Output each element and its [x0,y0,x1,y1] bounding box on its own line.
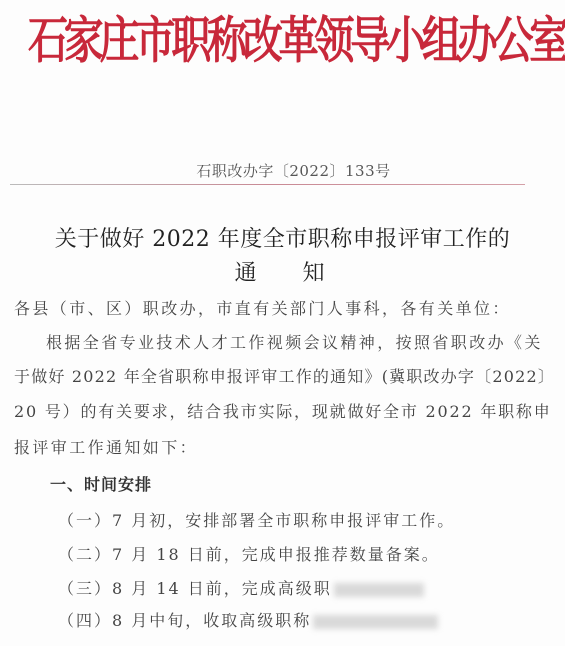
paragraph-line: 20 号）的有关要求，结合我市实际，现就做好全市 2022 年职称申 [14,399,544,422]
issuing-organization-header: 石家庄市职称改革领导小组办公室文件 [28,0,528,85]
document-title-notice: 通知 [0,256,565,287]
redacted-text-block [313,615,438,629]
schedule-item-text: （四）8 月中旬，收取高级职称 [58,611,311,630]
schedule-item: （四）8 月中旬，收取高级职称 [58,608,438,631]
schedule-item: （一）7 月初，安排部署全市职称申报评审工作。 [58,508,455,531]
schedule-item: （三）8 月 14 日前，完成高级职 [58,576,424,599]
header-divider-line [10,184,525,185]
document-title: 关于做好 2022 年度全市职称申报评审工作的 [0,222,565,253]
schedule-item-text: （三）8 月 14 日前，完成高级职 [58,579,332,598]
document-number: 石职改办字〔2022〕133号 [0,160,565,181]
section-heading-schedule: 一、时间安排 [50,472,152,495]
redacted-text-block [334,583,424,597]
document-page: 石家庄市职称改革领导小组办公室文件 石职改办字〔2022〕133号 关于做好 2… [0,0,565,646]
paragraph-line: 于做好 2022 年全省职称申报评审工作的通知》(冀职改办字〔2022〕 [14,364,544,387]
document-number-text: 石职改办字〔2022〕133号 [196,162,390,180]
schedule-item-text: （一）7 月初，安排部署全市职称申报评审工作。 [58,511,455,530]
schedule-item: （二）7 月 18 日前，完成申报推荐数量备案。 [58,542,440,565]
paragraph-line: 报评审工作通知如下： [14,435,544,458]
recipients-line: 各县（市、区）职改办，市直有关部门人事科，各有关单位： [14,296,544,319]
paragraph-line: 根据全省专业技术人才工作视频会议精神，按照省职改办《关 [46,330,565,353]
schedule-item-text: （二）7 月 18 日前，完成申报推荐数量备案。 [58,545,440,564]
